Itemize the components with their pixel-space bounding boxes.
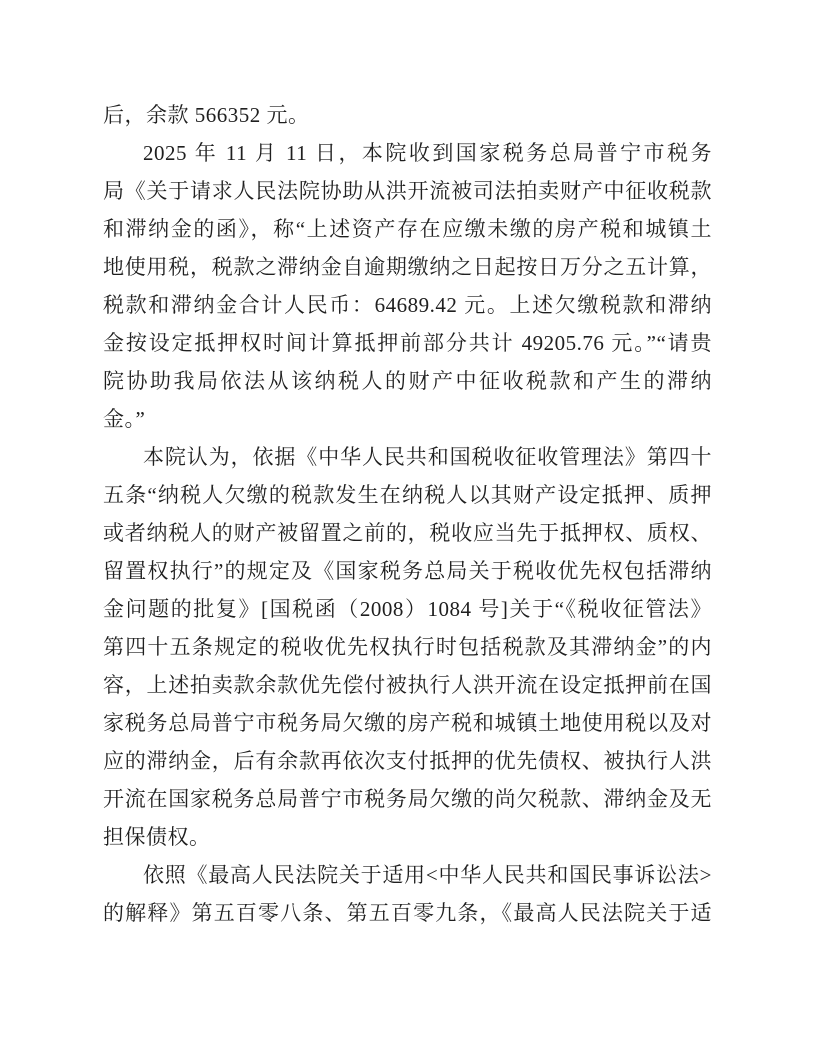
text-line: 后，余款 566352 元。 (103, 96, 712, 134)
text-line: 的解释》第五百零八条、第五百零九条，《最高人民法院关于适 (103, 894, 712, 932)
text-line: 家税务总局普宁市税务局欠缴的房产税和城镇土地使用税以及对 (103, 704, 712, 742)
text-line: 应的滞纳金，后有余款再依次支付抵押的优先债权、被执行人洪 (103, 742, 712, 780)
document-page: 后，余款 566352 元。2025 年 11 月 11 日，本院收到国家税务总… (0, 0, 815, 1055)
text-line: 依照《最高人民法院关于适用<中华人民共和国民事诉讼法> (103, 856, 712, 894)
text-line: 留置权执行”的规定及《国家税务总局关于税收优先权包括滞纳 (103, 552, 712, 590)
text-line: 税款和滞纳金合计人民币：64689.42 元。上述欠缴税款和滞纳 (103, 286, 712, 324)
text-line: 金问题的批复》[国税函（2008）1084 号]关于“《税收征管法》 (103, 590, 712, 628)
text-line: 院协助我局依法从该纳税人的财产中征收税款和产生的滞纳 (103, 362, 712, 400)
text-line: 五条“纳税人欠缴的税款发生在纳税人以其财产设定抵押、质押 (103, 476, 712, 514)
text-line: 第四十五条规定的税收优先权执行时包括税款及其滞纳金”的内 (103, 628, 712, 666)
text-line: 2025 年 11 月 11 日，本院收到国家税务总局普宁市税务 (103, 134, 712, 172)
text-line: 局《关于请求人民法院协助从洪开流被司法拍卖财产中征收税款 (103, 172, 712, 210)
text-line: 和滞纳金的函》，称“上述资产存在应缴未缴的房产税和城镇土 (103, 210, 712, 248)
text-line: 容，上述拍卖款余款优先偿付被执行人洪开流在设定抵押前在国 (103, 666, 712, 704)
text-line: 金按设定抵押权时间计算抵押前部分共计 49205.76 元。”“请贵 (103, 324, 712, 362)
text-line: 担保债权。 (103, 818, 712, 856)
document-text-block: 后，余款 566352 元。2025 年 11 月 11 日，本院收到国家税务总… (103, 96, 712, 932)
text-line: 地使用税，税款之滞纳金自逾期缴纳之日起按日万分之五计算， (103, 248, 712, 286)
text-line: 开流在国家税务总局普宁市税务局欠缴的尚欠税款、滞纳金及无 (103, 780, 712, 818)
text-line: 金。” (103, 400, 712, 438)
text-line: 本院认为，依据《中华人民共和国税收征收管理法》第四十 (103, 438, 712, 476)
text-line: 或者纳税人的财产被留置之前的，税收应当先于抵押权、质权、 (103, 514, 712, 552)
